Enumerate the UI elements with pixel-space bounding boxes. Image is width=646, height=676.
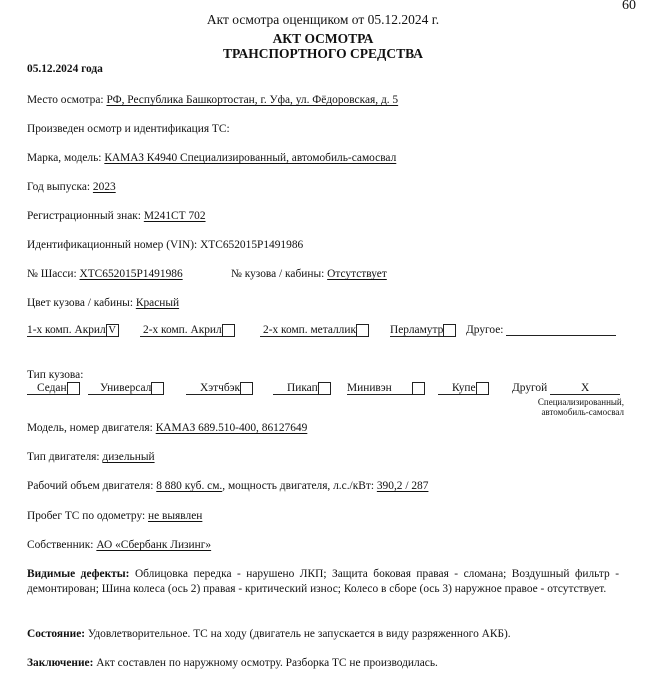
field-place: Место осмотра: РФ, Республика Башкортост… xyxy=(27,94,398,106)
body-option: Хэтчбэк xyxy=(186,382,253,395)
body-option: Пикап xyxy=(273,382,331,395)
option-label: Пикап xyxy=(273,382,318,395)
field-value: дизельный xyxy=(102,451,154,463)
field-label: Идентификационный номер (VIN): xyxy=(27,239,197,251)
option-label: Купе xyxy=(438,382,476,395)
option-label: 2-х комп. Акрил xyxy=(140,324,222,337)
field-label: № кузова / кабины: xyxy=(231,268,324,280)
field-engine-model: Модель, номер двигателя: КАМАЗ 689.510-4… xyxy=(27,422,307,434)
field-body-no: № кузова / кабины: Отсутствует xyxy=(231,268,387,280)
body-type-label: Тип кузова: xyxy=(27,369,83,381)
paint-other-line[interactable] xyxy=(506,324,616,336)
field-value: АО «Сбербанк Лизинг» xyxy=(96,539,211,551)
checkbox[interactable] xyxy=(240,382,253,395)
paint-other: Другое: xyxy=(466,324,616,336)
section-condition: Состояние: Удовлетворительное. ТС на ход… xyxy=(27,627,619,642)
field-value: КАМАЗ 689.510-400, 86127649 xyxy=(156,422,308,434)
field-owner: Собственник: АО «Сбербанк Лизинг» xyxy=(27,539,211,551)
option-label: Минивэн xyxy=(347,382,412,395)
body-option: Универсал xyxy=(88,382,164,395)
field-inspected: Произведен осмотр и идентификация ТС: xyxy=(27,123,230,135)
document-subtitle: Акт осмотра оценщиком от 05.12.2024 г. xyxy=(0,12,646,28)
field-value: РФ, Республика Башкортостан, г. Уфа, ул.… xyxy=(106,94,398,106)
field-reg-plate: Регистрационный знак: М241СТ 702 xyxy=(27,210,206,222)
option-label: 1-х комп. Акрил xyxy=(27,324,106,337)
field-value: Красный xyxy=(136,297,179,309)
field-displacement-power: Рабочий объем двигателя: 8 880 куб. см.,… xyxy=(27,480,428,492)
field-value: XTC652015P1491986 xyxy=(200,239,303,251)
field-value: не выявлен xyxy=(148,510,202,522)
field-engine-type: Тип двигателя: дизельный xyxy=(27,451,155,463)
checkbox[interactable] xyxy=(151,382,164,395)
checkbox[interactable]: V xyxy=(106,324,119,337)
section-label: Видимые дефекты: xyxy=(27,568,129,580)
field-label: Регистрационный знак: xyxy=(27,210,141,222)
option-label: Седан xyxy=(27,382,67,395)
section-label: Заключение: xyxy=(27,657,93,669)
field-label: Тип двигателя: xyxy=(27,451,100,463)
option-label: Другое: xyxy=(466,324,503,336)
field-label: Марка, модель: xyxy=(27,152,101,164)
field-value: 390,2 / 287 xyxy=(377,480,429,492)
body-other-note-2: автомобиль-самосвал xyxy=(541,407,624,417)
field-vin: Идентификационный номер (VIN): XTC652015… xyxy=(27,239,303,251)
paint-option: 2-х комп. Акрил xyxy=(140,324,235,337)
section-label: Состояние: xyxy=(27,628,85,640)
option-label: Хэтчбэк xyxy=(186,382,240,395)
field-label: № Шасси: xyxy=(27,268,77,280)
checkbox[interactable] xyxy=(412,382,425,395)
field-value: 2023 xyxy=(93,181,116,193)
checkbox[interactable] xyxy=(67,382,80,395)
field-label: Собственник: xyxy=(27,539,93,551)
field-label: Модель, номер двигателя: xyxy=(27,422,153,434)
field-color: Цвет кузова / кабины: Красный xyxy=(27,297,179,309)
paint-option: 2-х комп. металлик xyxy=(260,324,369,337)
body-option-other: Другой X xyxy=(512,382,620,395)
option-label: Другой xyxy=(512,382,547,394)
section-defects: Видимые дефекты: Облицовка передка - нар… xyxy=(27,567,619,596)
body-option: Седан xyxy=(27,382,80,395)
option-label: 2-х комп. металлик xyxy=(260,324,356,337)
section-text: Удовлетворительное. ТС на ходу (двигател… xyxy=(88,628,511,640)
field-value: 8 880 куб. см. xyxy=(156,480,222,492)
section-text: Акт составлен по наружному осмотру. Разб… xyxy=(96,657,438,669)
field-label: Цвет кузова / кабины: xyxy=(27,297,133,309)
section-conclusion: Заключение: Акт составлен по наружному о… xyxy=(27,656,619,671)
checkbox[interactable] xyxy=(318,382,331,395)
field-label: Произведен осмотр и идентификация ТС: xyxy=(27,123,230,135)
checkbox[interactable] xyxy=(476,382,489,395)
option-label: Перламутр xyxy=(390,324,443,337)
body-option: Купе xyxy=(438,382,489,395)
field-make-model: Марка, модель: КАМАЗ К4940 Специализиров… xyxy=(27,152,396,164)
field-chassis: № Шасси: XTC652015P1491986 xyxy=(27,268,183,280)
field-value: М241СТ 702 xyxy=(144,210,206,222)
checkbox[interactable] xyxy=(222,324,235,337)
document-title-line-2: ТРАНСПОРТНОГО СРЕДСТВА xyxy=(0,46,646,62)
field-mileage: Пробег ТС по одометру: не выявлен xyxy=(27,510,202,522)
document-title-line-1: АКТ ОСМОТРА xyxy=(0,31,646,47)
paint-option: Перламутр xyxy=(390,324,456,337)
option-label: Универсал xyxy=(88,382,151,395)
field-value: КАМАЗ К4940 Специализированный, автомоби… xyxy=(104,152,396,164)
field-value: Отсутствует xyxy=(327,268,387,280)
document-date: 05.12.2024 года xyxy=(27,63,103,75)
field-year: Год выпуска: 2023 xyxy=(27,181,116,193)
body-option: Минивэн xyxy=(347,382,425,395)
field-label: Пробег ТС по одометру: xyxy=(27,510,145,522)
paint-option: 1-х комп. АкрилV xyxy=(27,324,119,337)
checkbox[interactable] xyxy=(356,324,369,337)
checkbox[interactable] xyxy=(443,324,456,337)
body-other-note-1: Специализированный, xyxy=(538,397,624,407)
field-label: Рабочий объем двигателя: xyxy=(27,480,153,492)
field-value: XTC652015P1491986 xyxy=(80,268,183,280)
field-label: , мощность двигателя, л.с./кВт: xyxy=(222,480,374,492)
field-label: Место осмотра: xyxy=(27,94,104,106)
body-other-mark[interactable]: X xyxy=(550,382,620,395)
field-label: Год выпуска: xyxy=(27,181,90,193)
